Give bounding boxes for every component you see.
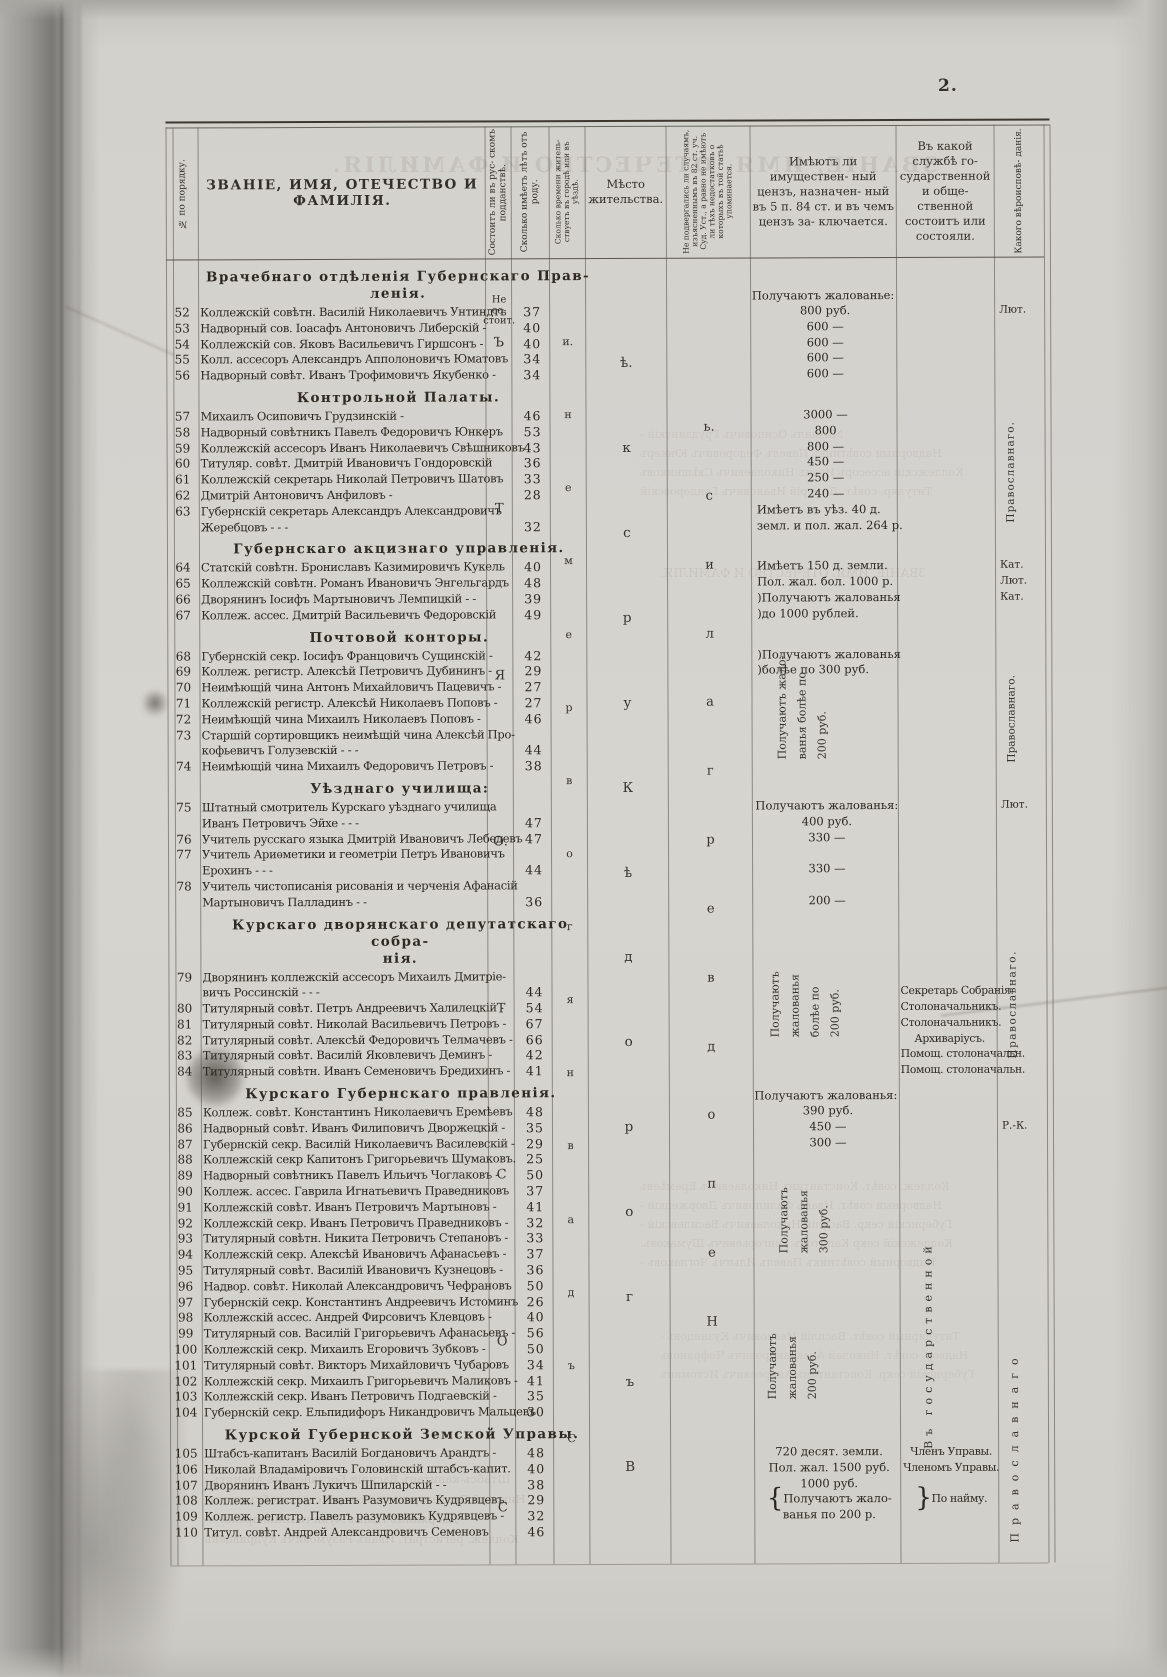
row-religion: Кат.: [997, 558, 1050, 574]
row-religion: [999, 1103, 1052, 1119]
row-service: [900, 877, 998, 909]
row-number: 89: [169, 1169, 201, 1185]
row-service: [899, 486, 997, 502]
row-age: 48: [517, 1445, 555, 1461]
row-service: [902, 1340, 1000, 1356]
row-name: Титуляр. совѣт. Дмитрій Ивановичъ Гондор…: [199, 456, 488, 473]
row-age: 30: [517, 1404, 555, 1420]
row-service: [900, 757, 998, 773]
row-name: Губернскій секретарь Александръ Александ…: [199, 503, 488, 536]
row-age: 25: [516, 1152, 554, 1168]
row-number: 66: [167, 592, 199, 608]
row-name: Титулярный совѣтн. Иванъ Семеновичъ Бред…: [201, 1064, 490, 1081]
row-service: [899, 605, 997, 621]
row-service: [900, 829, 998, 845]
row-service: Столоначальникъ.: [901, 1015, 999, 1031]
row-number: 87: [169, 1137, 201, 1153]
row-census: ванья по 200 р.: [756, 1507, 902, 1523]
row-service: Помощ. столоначальн.: [901, 1046, 999, 1062]
col-header-residence-place: Мѣсто жительства.: [585, 128, 665, 256]
row-age: 47: [515, 799, 553, 831]
row-number: 58: [167, 425, 199, 441]
row-number: 92: [169, 1216, 201, 1232]
row-number: 109: [170, 1510, 202, 1526]
row-number: 76: [168, 832, 200, 848]
row-citizenship: Несо-стоит.: [487, 304, 513, 320]
row-number: 101: [170, 1358, 202, 1374]
row-number: 93: [169, 1232, 201, 1248]
row-name: Штабсъ-капитанъ Василій Богдановичъ Аран…: [202, 1445, 491, 1462]
row-service: [898, 303, 996, 319]
row-name: Титулярный совѣтн. Никита Петровичъ Степ…: [201, 1231, 490, 1248]
row-name: Губернскій секр. Іосифъ Францовичъ Сущин…: [199, 648, 488, 665]
row-age: 42: [514, 648, 552, 664]
row-number: 78: [168, 879, 200, 911]
row-age: 27: [514, 695, 552, 711]
row-census: 600 —: [752, 350, 898, 366]
row-census: 720 десят. земли.: [756, 1444, 902, 1460]
row-number: 77: [168, 848, 200, 880]
row-name: Коллежскій секр Капитонъ Григорьевичъ Шу…: [201, 1152, 490, 1169]
row-census: 3000 —: [752, 407, 898, 423]
row-name: Статскій совѣтн. Брониславъ Казимировичъ…: [199, 560, 488, 577]
table-bottom-rule: [171, 1562, 1049, 1566]
row-service: }По найму.: [902, 1491, 1000, 1507]
row-census: 600 —: [752, 335, 898, 351]
row-service: [900, 709, 998, 725]
row-service: [901, 1213, 999, 1229]
row-census: [754, 757, 900, 773]
row-name: Титулярный совѣт. Алексѣй Федоровичъ Тел…: [201, 1032, 490, 1049]
not-subjected-vertical-word: ь.силагревдопеН: [668, 420, 754, 1330]
row-age: 28: [514, 487, 552, 503]
row-age: 29: [517, 1493, 555, 1509]
row-service: [901, 1261, 999, 1277]
row-number: 97: [170, 1295, 202, 1311]
religion-vertical-1: Православнаго.: [1004, 301, 1017, 523]
row-service: [901, 1103, 999, 1119]
row-number: 56: [166, 369, 198, 385]
row-census: 390 руб.: [755, 1103, 901, 1119]
row-service: [899, 678, 997, 694]
row-number: 88: [169, 1153, 201, 1169]
row-number: 98: [170, 1311, 202, 1327]
col-header-age: Сколько имѣетъ лѣтъ отъ роду.: [511, 128, 548, 256]
row-census: 450 —: [753, 454, 899, 470]
row-name: Коллеж. регистр. Павелъ разумовикъ Кудря…: [202, 1509, 491, 1526]
row-age: 35: [516, 1120, 554, 1136]
row-service: [901, 1198, 999, 1214]
row-age: 40: [513, 336, 551, 352]
row-name: Губернскій секр. Василій Николаевичъ Вас…: [201, 1136, 490, 1153]
row-census: )Получаютъ жалованья: [753, 590, 899, 606]
row-age: 33: [514, 471, 552, 487]
row-age: 67: [516, 1016, 554, 1032]
row-service: [900, 798, 998, 830]
row-census: 200 —: [754, 877, 900, 909]
row-name: Надворный совѣт. Иванъ Филиповичъ Дворже…: [201, 1120, 490, 1137]
row-census: 330 —: [754, 845, 900, 877]
table-row: 110Титул. совѣт. Андрей Александровичъ С…: [170, 1522, 1048, 1541]
section-title: Контрольной Палаты.: [198, 389, 598, 407]
row-number: 85: [169, 1106, 201, 1122]
row-age: 42: [516, 1048, 554, 1064]
row-service: [901, 1119, 999, 1135]
row-service: [901, 1229, 999, 1245]
row-census: [756, 1523, 902, 1539]
row-number: 74: [168, 760, 200, 776]
row-name: Дворянинъ Іосифъ Мартыновичъ Лемпицкій -…: [199, 591, 488, 608]
row-age: 41: [517, 1373, 555, 1389]
row-age: 36: [516, 1262, 554, 1278]
row-name: Учитель русскаго языка Дмитрій Ивановичъ…: [200, 831, 489, 848]
row-service: [899, 454, 997, 470]
row-age: 34: [517, 1357, 555, 1373]
row-name: Коллежскій ассес. Андрей Фирсовичъ Клевц…: [202, 1310, 491, 1327]
row-age: 49: [514, 607, 552, 623]
row-service: [901, 1182, 999, 1198]
scanned-page: 2. № по порядку. ЗВАНІЕ, ИМЯ, ОТЕЧЕСТВО …: [0, 0, 1167, 1677]
row-name: Надворный сов. Іоасафъ Антоновичъ Либерс…: [198, 320, 487, 337]
row-number: 69: [167, 665, 199, 681]
row-number: 105: [170, 1446, 202, 1462]
row-service: Секретарь Собранія.: [900, 967, 998, 999]
row-service: [902, 1507, 1000, 1523]
row-number: 65: [167, 577, 199, 593]
salary-vertical-note: Получаютъжалованья300 руб.: [777, 1135, 830, 1253]
col-header-religion: Какого вѣроисповѣ- данія.: [994, 126, 1043, 254]
row-service: [902, 1324, 1000, 1340]
row-age: 46: [517, 1524, 555, 1540]
row-age: 44: [515, 969, 553, 1001]
row-age: 37: [516, 1183, 554, 1199]
row-name: Коллежскій совѣтн. Василій Николаевичъ У…: [198, 304, 487, 321]
row-age: 47: [515, 831, 553, 847]
row-age: 50: [516, 1167, 554, 1183]
row-census: {Получаютъ жало-: [756, 1491, 902, 1507]
row-name: Коллеж. регистрат. Иванъ Разумовичъ Кудр…: [202, 1493, 491, 1510]
row-number: 110: [170, 1525, 202, 1541]
row-number: 61: [167, 473, 199, 489]
row-number: 104: [170, 1406, 202, 1422]
salary-vertical-note: Получаютъжалованья200 руб.: [765, 1267, 818, 1399]
row-service: [902, 1292, 1000, 1308]
row-age: 44: [515, 727, 553, 759]
census-head: Получаютъ жалованья:: [753, 1088, 899, 1103]
residence-place-vertical-word: ѣ.ксруКѣдорогъВ: [586, 355, 670, 1475]
col-header-num: № по порядку.: [167, 129, 197, 257]
row-number: 63: [167, 504, 199, 536]
col-header-residence-time: Сколько времени житель- ствуетъ въ город…: [549, 128, 584, 256]
row-age: 46: [513, 408, 551, 424]
row-age: 35: [517, 1389, 555, 1405]
row-service: [901, 1245, 999, 1261]
row-name: Титул. совѣт. Андрей Александровичъ Семе…: [202, 1524, 491, 1541]
row-name: Коллежскій регистр. Алексѣй Николаевъ По…: [199, 695, 488, 712]
section-title: нія.: [200, 950, 600, 968]
row-number: 54: [166, 337, 198, 353]
table-top-rule: [165, 118, 1049, 123]
row-service: [898, 366, 996, 382]
row-number: 81: [169, 1017, 201, 1033]
row-number: 73: [168, 728, 200, 760]
row-name: Коллеж. регистр. Алексѣй Петровичъ Дубин…: [199, 664, 488, 681]
row-census: 250 —: [753, 470, 899, 486]
row-number: 80: [169, 1002, 201, 1018]
row-service: [899, 422, 997, 438]
row-name: Михаилъ Осиповичъ Грудзинскій -: [198, 408, 487, 425]
row-number: 53: [166, 321, 198, 337]
row-age: 40: [517, 1310, 555, 1326]
row-census: 240 —: [753, 486, 899, 502]
row-number: 67: [167, 608, 199, 624]
row-census: 600 —: [752, 319, 898, 335]
citizenship-vertical-word: ЪТЯО.ТСОС: [486, 335, 515, 1515]
row-age: 44: [515, 847, 553, 879]
residence-time-vertical-word: и.немервогянвадъС: [550, 335, 589, 1445]
row-number: 96: [170, 1279, 202, 1295]
row-age: 50: [517, 1341, 555, 1357]
section-title: Почтовой конторы.: [199, 629, 599, 647]
row-number: 100: [170, 1342, 202, 1358]
row-age: 48: [516, 1104, 554, 1120]
row-census: 330 —: [754, 830, 900, 846]
row-age: 43: [514, 440, 552, 456]
row-age: 37: [516, 1246, 554, 1262]
row-number: 62: [167, 488, 199, 504]
row-service: [898, 407, 996, 423]
row-name: Учитель чистописанія рисованія и черчені…: [200, 878, 489, 911]
ink-stain-small: [142, 688, 168, 718]
row-age: 32: [517, 1508, 555, 1524]
page-top-shadow: [0, 0, 1167, 20]
row-service: Членомъ Управы.: [902, 1459, 1000, 1475]
row-name: Учитель Ариѳметики и геометріи Петръ Ива…: [200, 847, 489, 880]
row-number: 106: [170, 1462, 202, 1478]
row-number: 60: [167, 457, 199, 473]
row-number: 102: [170, 1374, 202, 1390]
row-census: [755, 1062, 901, 1078]
row-number: 86: [169, 1121, 201, 1137]
row-census: Имѣетъ 150 д. земли.: [753, 558, 899, 574]
row-name: Старшій сортировщикъ неимѣщій чина Алекс…: [200, 727, 489, 760]
row-citizenship: [487, 320, 513, 336]
row-age: 50: [517, 1278, 555, 1294]
row-age: 54: [516, 1000, 554, 1016]
row-number: 107: [170, 1478, 202, 1494]
row-name: Титулярный совѣт. Василій Яковлевичъ Дем…: [201, 1048, 490, 1065]
row-name: Коллежскій совѣтн. Романъ Ивановичъ Энге…: [199, 576, 488, 593]
row-age: 40: [517, 1461, 555, 1477]
section-title: Курскаго дворянскаго депутатскаго собра-: [200, 916, 600, 951]
row-service: [902, 1523, 1000, 1539]
row-name: Надвор. совѣт. Николай Александровичъ Че…: [202, 1278, 491, 1295]
row-service: [901, 1150, 999, 1166]
row-age: 32: [516, 1215, 554, 1231]
header-bottom-rule: [166, 256, 1044, 260]
row-service: Столоначальникъ.: [901, 999, 999, 1015]
section-title: Курской Губернской Земской Управы.: [202, 1426, 602, 1444]
row-service: Помощ. столоначальн.: [901, 1062, 999, 1078]
row-number: 95: [169, 1263, 201, 1279]
row-number: 64: [167, 561, 199, 577]
row-name: Титулярный совѣт. Николай Васильевичъ Пе…: [201, 1016, 490, 1033]
row-age: 41: [516, 1199, 554, 1215]
col-header-citizenship: Состоитъ ли въ рус- скомъ подданствѣ.: [485, 128, 510, 256]
row-service: [899, 574, 997, 590]
row-number: 91: [169, 1200, 201, 1216]
row-census: Получаютъ жалованья:400 руб.: [754, 798, 900, 830]
row-age: 34: [513, 352, 551, 368]
row-census: Имѣетъ въ уѣз. 40 д.земл. и пол. жал. 26…: [753, 502, 899, 534]
row-name: Титулярный совѣт. Викторъ Михайловичъ Чу…: [202, 1357, 491, 1374]
row-census: [755, 1046, 901, 1062]
row-name: Титулярный совѣт. Василій Ивановичъ Кузн…: [201, 1262, 490, 1279]
service-vertical: Въ государственной: [921, 1131, 935, 1449]
col-header-name: ЗВАНІЕ, ИМЯ, ОТЕЧЕСТВО И ФАМИЛІЯ.: [199, 128, 484, 257]
row-number: 52: [166, 305, 198, 321]
row-number: 59: [167, 441, 199, 457]
row-census: Пол. жал. 1500 руб.: [756, 1460, 902, 1476]
row-service: [901, 1134, 999, 1150]
row-service: Членъ Управы.: [902, 1444, 1000, 1460]
row-census: 800 —: [753, 439, 899, 455]
row-name: Дмитрій Антоновичъ Анфиловъ -: [199, 487, 488, 504]
row-name: Надворный совѣтникъ Павелъ Федоровичъ Юн…: [199, 424, 488, 441]
row-service: [901, 1166, 999, 1182]
row-service: [899, 438, 997, 454]
row-service: [899, 558, 997, 574]
row-name: Неимѣющій чина Михаилъ Николаевъ Поповъ …: [200, 711, 489, 728]
row-age: 33: [516, 1231, 554, 1247]
row-service: [899, 646, 997, 662]
row-name: Николай Владаміровичъ Головинскій штабсъ…: [202, 1461, 491, 1478]
section-title: Курскаго Губернскаго правленія.: [201, 1085, 601, 1103]
row-age: 40: [514, 560, 552, 576]
col-header-service: Въ какой службѣ го- сударственной и обще…: [896, 127, 993, 255]
row-name: Дворянинъ коллежскій ассесоръ Михаилъ Дм…: [200, 969, 489, 1002]
row-census: 800 руб.: [752, 303, 898, 319]
row-number: 108: [170, 1494, 202, 1510]
row-service: Архиваріусъ.: [901, 1030, 999, 1046]
row-service: [899, 694, 997, 710]
census-head: Получаютъ жалованье:: [750, 288, 896, 303]
section-title: Уѣзднаго училища:: [200, 780, 600, 798]
section-title: Врачебнаго отдѣленія Губернскаго Прав-: [198, 268, 598, 286]
row-name: Коллежскій совѣт. Иванъ Петровичъ Мартын…: [201, 1199, 490, 1216]
row-census: 800: [753, 423, 899, 439]
row-service: [899, 662, 997, 678]
page-right-shadow: [1112, 0, 1167, 1677]
row-number: 71: [167, 696, 199, 712]
row-service: [898, 350, 996, 366]
row-service: [902, 1387, 1000, 1403]
row-name: Губернскій секр. Константинъ Андреевичъ …: [202, 1294, 491, 1311]
row-census: 450 —: [755, 1119, 901, 1135]
row-name: Коллежскій секр. Иванъ Петровичъ Подгаев…: [202, 1389, 491, 1406]
row-name: Надворный совѣтникъ Павелъ Ильичъ Чоглак…: [201, 1168, 490, 1185]
row-citizenship: [491, 1524, 517, 1540]
row-number: 72: [168, 712, 200, 728]
row-age: 39: [514, 591, 552, 607]
row-name: Коллеж. ассес. Дмитрій Васильевичъ Федор…: [199, 607, 488, 624]
row-age: 36: [515, 878, 553, 910]
salary-vertical-note: Получаютъ жало-ванья болѣе по200 руб.: [775, 635, 828, 759]
col-header-census: Имѣютъ ли имуществен- ный цензъ, назначе…: [750, 127, 895, 256]
row-name: Коллежскій секр. Михаилъ Григорьевичъ Ма…: [202, 1373, 491, 1390]
row-name: Колл. ассесоръ Александръ Апполоновичъ Ю…: [198, 352, 487, 369]
row-name: Штатный смотритель Курскаго уѣзднаго учи…: [200, 799, 489, 832]
row-age: 36: [514, 456, 552, 472]
row-age: 34: [513, 367, 551, 383]
row-number: 75: [168, 800, 200, 832]
row-number: 83: [169, 1049, 201, 1065]
row-number: 70: [167, 681, 199, 697]
row-name: Коллеж. ассес. Гаврила Игнатьевичъ Праве…: [201, 1183, 490, 1200]
row-name: Титулярный совѣт. Петръ Андреевичъ Халил…: [201, 1001, 490, 1018]
row-age: 29: [516, 1136, 554, 1152]
row-number: 94: [169, 1248, 201, 1264]
row-name: Коллежскій секр. Иванъ Петровичъ Праведн…: [201, 1215, 490, 1232]
row-service: [902, 1308, 1000, 1324]
row-number: 90: [169, 1184, 201, 1200]
row-service: [902, 1355, 1000, 1371]
row-name: Коллежскій секр. Алексѣй Ивановичъ Афана…: [201, 1247, 490, 1264]
row-census: 600 —: [752, 366, 898, 382]
row-age: 53: [514, 424, 552, 440]
row-number: 103: [170, 1390, 202, 1406]
row-name: Коллежскій секр. Михаилъ Егоровичъ Зубко…: [202, 1341, 491, 1358]
row-service: [898, 334, 996, 350]
row-service: [899, 590, 997, 606]
row-age: 41: [516, 1063, 554, 1079]
service-list-table: № по порядку. ЗВАНІЕ, ИМЯ, ОТЕЧЕСТВО И Ф…: [165, 118, 1056, 1571]
row-number: 84: [169, 1065, 201, 1081]
row-service: [899, 470, 997, 486]
row-census: [756, 1403, 902, 1419]
salary-vertical-note: Получаютъжалованьяболѣе по200 руб.: [768, 919, 841, 1037]
row-name: Надворный совѣт. Иванъ Трофимовичъ Якубе…: [198, 368, 487, 385]
section-title: Губернскаго акцизнаго управленія.: [199, 540, 599, 558]
religion-vertical-4: Православнаго: [1007, 1145, 1021, 1543]
row-service: [902, 1371, 1000, 1387]
row-age: 46: [515, 711, 553, 727]
section-title: ленія.: [198, 285, 598, 303]
crumpled-corner: [55, 1370, 185, 1677]
row-name: Коллежскій секретарь Николай Петровичъ Ш…: [199, 472, 488, 489]
row-service: [902, 1403, 1000, 1419]
row-service: [902, 1276, 1000, 1292]
row-number: 55: [166, 353, 198, 369]
row-age: 29: [514, 664, 552, 680]
page-number: 2.: [938, 76, 958, 96]
row-number: 79: [168, 970, 200, 1002]
row-name: Коллеж. совѣт. Константинъ Николаевичъ Е…: [201, 1105, 490, 1122]
row-name: Неимѣющій чина Антонъ Михайловичъ Пацеви…: [199, 680, 488, 697]
section-header: Врачебнаго отдѣленія Губернскаго Прав-ле…: [166, 260, 1044, 305]
row-name: Неимѣющій чина Михаилъ Федоровичъ Петров…: [200, 759, 489, 776]
row-service: [899, 501, 997, 533]
row-age: 38: [515, 758, 553, 774]
row-census: Пол. жал. бол. 1000 р.: [753, 574, 899, 590]
row-age: 32: [514, 503, 552, 535]
col-header-not-subjected: Не подвергались ли случаямъ, изъясненным…: [666, 128, 749, 256]
row-age: 38: [517, 1477, 555, 1493]
row-name: Коллежскій ассесоръ Иванъ Николаевичъ Св…: [199, 440, 488, 457]
row-service: [900, 845, 998, 877]
row-religion: Лют.: [997, 574, 1050, 590]
row-religion: [999, 1062, 1052, 1078]
